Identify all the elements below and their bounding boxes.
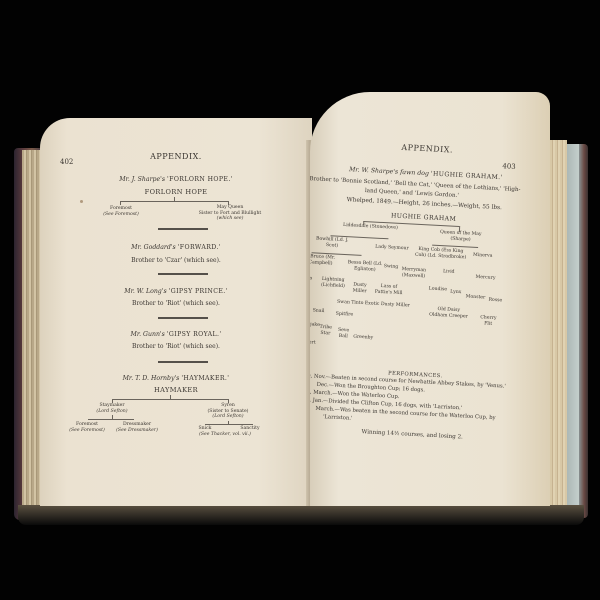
tree-node: Greenby bbox=[351, 334, 375, 341]
divider-rule bbox=[158, 317, 208, 319]
tree-node: Besso Bell (Ld. Eglinton) bbox=[347, 260, 384, 273]
tree-node: Old Daisy Oldham Creeper bbox=[428, 307, 469, 320]
entry-title-forlorn-hope: Mr. J. Sharpe's 'FORLORN HOPE.' bbox=[40, 176, 312, 183]
tree-node: Lightning (Lichfield) bbox=[318, 277, 349, 290]
foxing-spot bbox=[80, 200, 83, 203]
right-page[interactable]: APPENDIX. 403 Mr. W. Sharpe's fawn dog '… bbox=[310, 92, 550, 506]
tree-line bbox=[112, 399, 228, 400]
tree-node: King Cob (Ess King Cob) (Ld. Stradbroke) bbox=[413, 247, 468, 261]
tree-node: Snail bbox=[310, 308, 329, 315]
tree-node: Swan Tinto Exotic Dusty Miller bbox=[337, 300, 407, 309]
divider-rule bbox=[158, 361, 208, 363]
photo-background: APPENDIX. 402 Mr. J. Sharpe's 'FORLORN H… bbox=[0, 0, 600, 600]
divider-rule bbox=[158, 273, 208, 275]
tree-node: Rosse bbox=[485, 297, 505, 304]
tree-node: Spitfire bbox=[332, 311, 356, 318]
book-bottom-edge bbox=[18, 505, 584, 525]
left-page[interactable]: APPENDIX. 402 Mr. J. Sharpe's 'FORLORN H… bbox=[40, 118, 312, 506]
tree-node: Rollo bbox=[310, 276, 316, 283]
page-number-left: 402 bbox=[60, 158, 73, 166]
tree-node: Livid bbox=[439, 269, 459, 276]
divider-rule bbox=[158, 228, 208, 230]
tree-node: Lass of Pattie's Mill bbox=[373, 284, 404, 297]
tree-node: Foremost (See Foremost) bbox=[96, 206, 146, 217]
tree-line bbox=[120, 201, 228, 202]
page-number-right: 403 bbox=[502, 162, 516, 171]
tree-node: Lady Seymour bbox=[372, 244, 412, 252]
right-cover bbox=[578, 144, 588, 518]
entry-subtitle-gipsy-royal: Brother to 'Riot' (which see). bbox=[40, 343, 312, 350]
tree-node: Staymaker (Lord Sefton) bbox=[87, 403, 137, 414]
tree-node: Liddesdale (Stonedove) bbox=[343, 223, 385, 231]
entry-title-haymaker: Mr. T. D. Hornby's 'HAYMAKER.' bbox=[40, 375, 312, 382]
performance-summary: Winning 14½ courses, and losing 2. bbox=[310, 426, 532, 445]
performance-line: 'Larriston.' bbox=[323, 414, 353, 423]
tree-node: Syren (Sister to Senate) (Lord Sefton) bbox=[198, 403, 258, 420]
tree-line bbox=[88, 419, 134, 420]
tree-node: Ben Bruce (Mr. H. Campbell) bbox=[310, 254, 335, 267]
description-line-2: land Queen,' and 'Lewis Gordon.' bbox=[365, 188, 459, 199]
running-head-right: APPENDIX. bbox=[310, 138, 547, 160]
tree-node: Foremost (See Foremost) bbox=[62, 422, 112, 433]
tree-node: (See Thacker, vol. vii.) bbox=[190, 432, 260, 438]
tree-root-haymaker: HAYMAKER bbox=[40, 386, 312, 394]
tree-node: Dusty Miller bbox=[350, 282, 371, 294]
tree-node: May Queen Sister to Fort and Blullight (… bbox=[190, 205, 270, 222]
entry-title-gipsy-royal: Mr. Gunn's 'GIPSY ROYAL.' bbox=[40, 331, 312, 338]
tree-node: Calbert bbox=[310, 340, 317, 347]
tree-node: Monster bbox=[463, 294, 487, 301]
tree-node: Cherry Flit bbox=[478, 315, 499, 327]
tree-node: Queen of the May (Sharpe) bbox=[438, 230, 483, 243]
tree-node: Snick bbox=[180, 426, 230, 432]
running-head-left: APPENDIX. bbox=[40, 152, 312, 161]
tree-node: Merryman (Maxwell) bbox=[398, 267, 429, 280]
tree-node: Mercury bbox=[470, 275, 500, 282]
entry-title-gipsy-prince: Mr. W. Long's 'GIPSY PRINCE.' bbox=[40, 288, 312, 295]
right-endpaper bbox=[565, 144, 579, 516]
tree-node: Bowhill (Ld. J. Scot) bbox=[312, 236, 353, 249]
tree-line bbox=[120, 201, 121, 205]
tree-root-forlorn-hope: FORLORN HOPE bbox=[40, 188, 312, 196]
entry-title-forward: Mr. Goddard's 'FORWARD.' bbox=[40, 244, 312, 251]
entry-subtitle-gipsy-prince: Brother to 'Riot' (which see). bbox=[40, 300, 312, 307]
tree-node: Minerva bbox=[468, 252, 498, 259]
tree-node: Dressmaker (See Dressmaker) bbox=[112, 422, 162, 433]
tree-line bbox=[205, 424, 253, 425]
tree-node: Sanctity bbox=[230, 426, 270, 432]
entry-subtitle-forward: Brother to 'Czar' (which see). bbox=[40, 257, 312, 264]
